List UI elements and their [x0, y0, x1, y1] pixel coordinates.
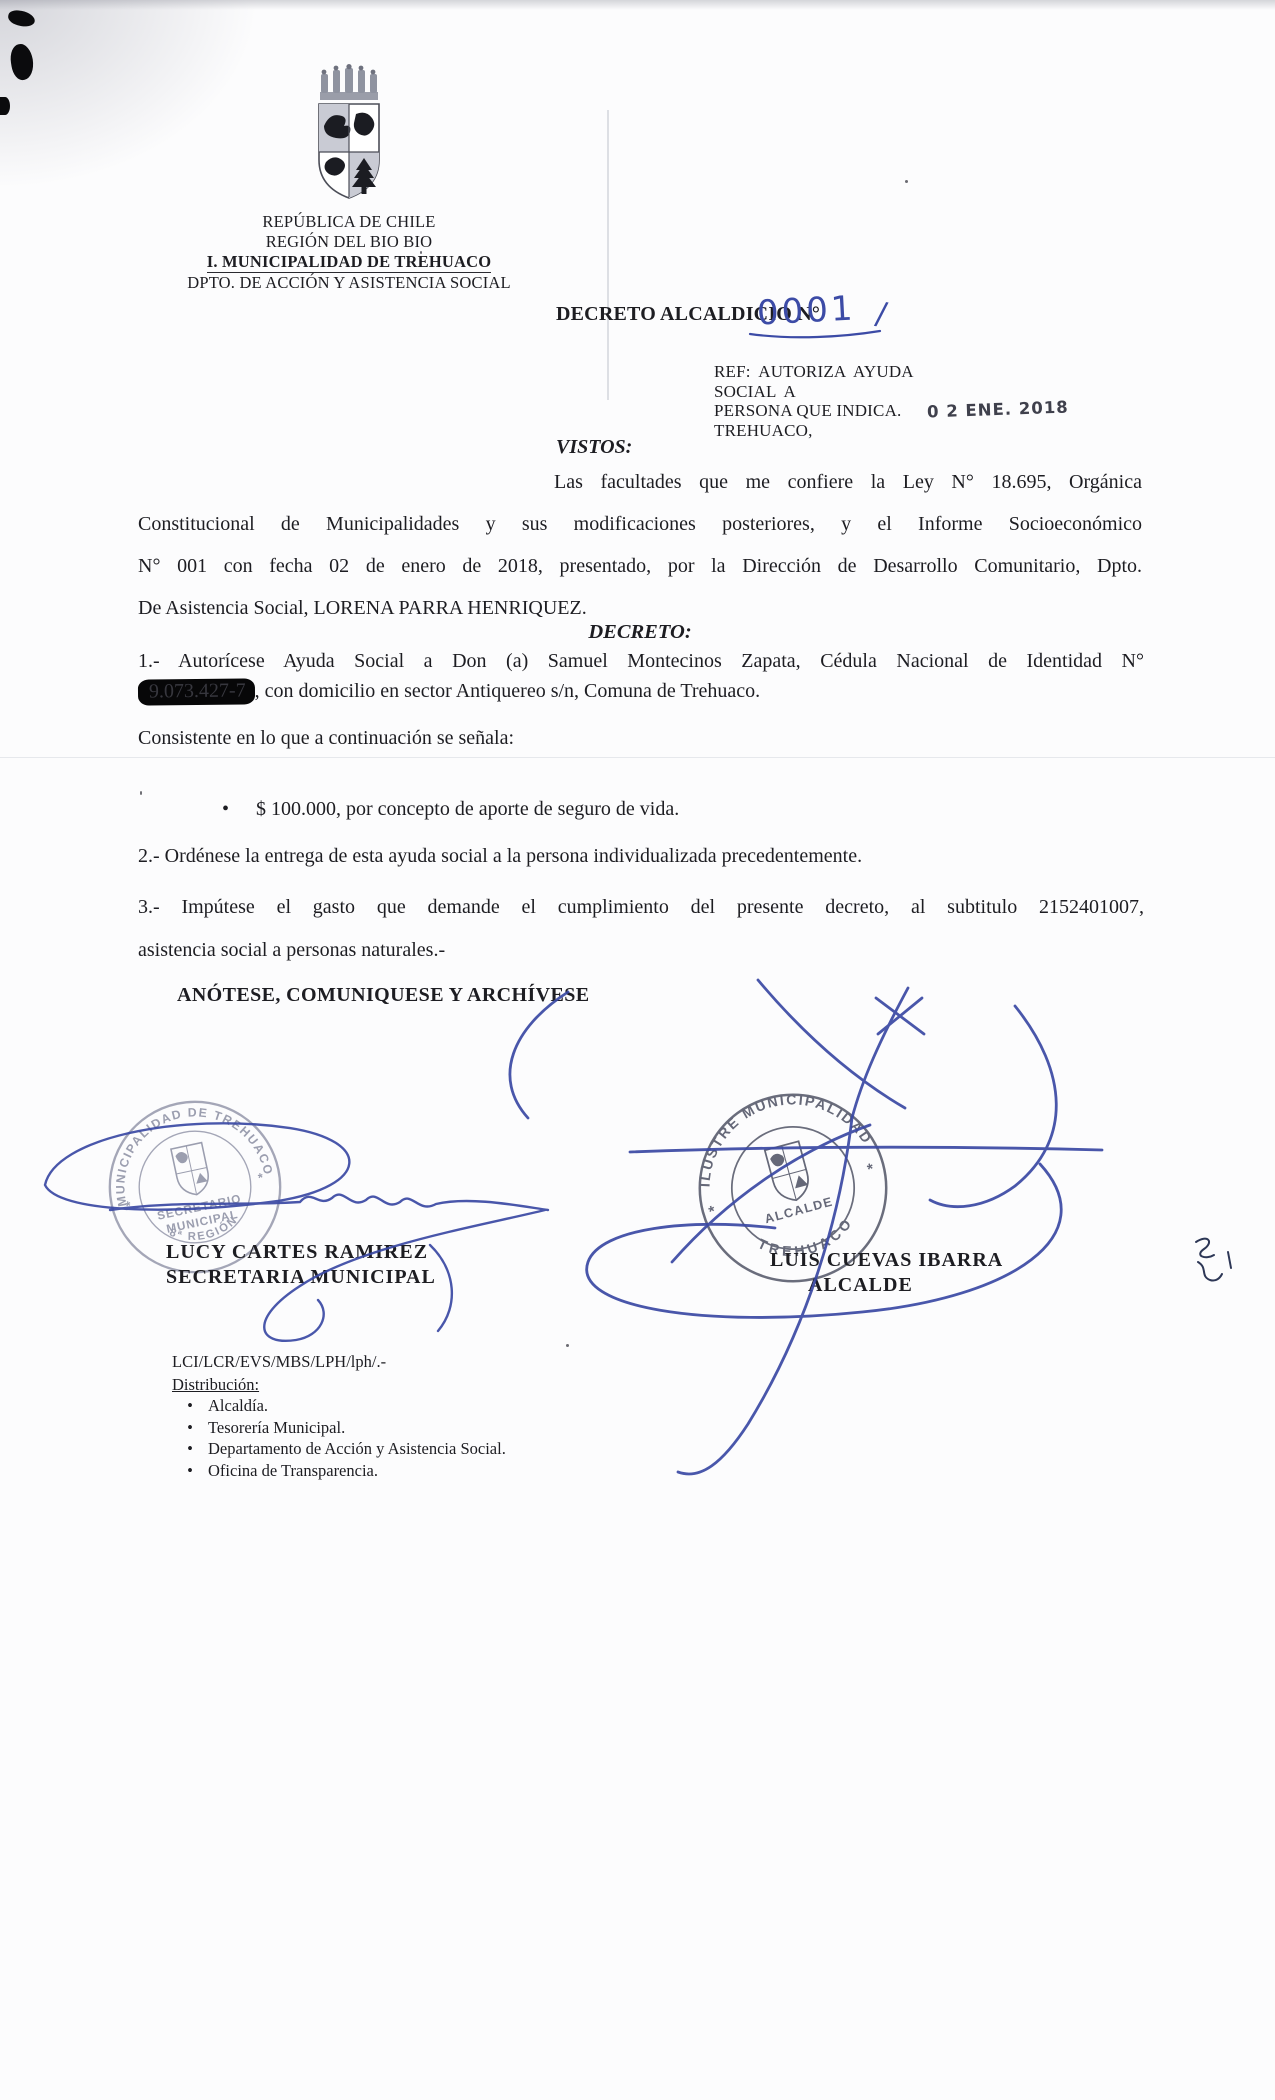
letterhead-municipality: I. MUNICIPALIDAD DE TREHUACO [207, 252, 492, 273]
bullet-marker: • [222, 798, 229, 821]
stamp-left-emblem [171, 1143, 212, 1198]
mayor-name: LUIS CUEVAS IBARRA [770, 1248, 1003, 1273]
scanned-document-page: REPÚBLICA DE CHILE REGIÓN DEL BIO BIO I.… [0, 0, 1275, 2100]
decreto-item1-line1: 1.- Autorícese Ayuda Social a Don (a) Sa… [138, 646, 1144, 676]
distribution-item: •Alcaldía. [172, 1395, 506, 1417]
coat-of-arms [304, 64, 394, 206]
distribution-item-text: Departamento de Acción y Asistencia Soci… [208, 1438, 506, 1460]
vistos-line: N° 001 con fecha 02 de enero de 2018, pr… [138, 545, 1142, 587]
secretary-signature-block: LUCY CARTES RAMIREZ SECRETARIA MUNICIPAL [166, 1240, 436, 1290]
paper-crease-vertical [607, 110, 609, 400]
paper-crease-horizontal [0, 757, 1275, 758]
scan-corner-shadow [0, 0, 260, 190]
consistente-line: Consistente en lo que a continuación se … [138, 727, 514, 750]
distribution-item-text: Oficina de Transparencia. [208, 1460, 378, 1482]
bullet-marker: • [172, 1438, 208, 1460]
scan-speck [566, 1344, 569, 1347]
decreto-item3-line1: 3.- Impútese el gasto que demande el cum… [138, 886, 1144, 929]
distribution-item-text: Tesorería Municipal. [208, 1417, 345, 1439]
scan-speck [140, 791, 142, 795]
stamp-right-star: * [707, 1203, 718, 1221]
svg-text:ILUSTRE MUNICIPALIDAD: ILUSTRE MUNICIPALIDAD [678, 1071, 877, 1192]
stamp-left-star: * [124, 1198, 132, 1214]
decree-number-underline [748, 322, 888, 344]
vistos-paragraph: Las facultades que me confiere la Ley N°… [138, 461, 1142, 629]
stamp-right-emblem [765, 1141, 813, 1204]
letterhead-region: REGIÓN DEL BIO BIO [139, 232, 559, 252]
letterhead-department: DPTO. DE ACCIÓN Y ASISTENCIA SOCIAL [139, 273, 559, 293]
vistos-line: Constitucional de Municipalidades y sus … [138, 503, 1142, 545]
bullet-marker: • [172, 1417, 208, 1439]
stamp-right-arc-top-text: ILUSTRE MUNICIPALIDAD [678, 1071, 877, 1192]
distribution-item: •Tesorería Municipal. [172, 1417, 506, 1439]
decreto-item-2: 2.- Ordénese la entrega de esta ayuda so… [138, 845, 1144, 868]
decreto-item-3: 3.- Impútese el gasto que demande el cum… [138, 886, 1144, 972]
decreto-heading: DECRETO: [138, 621, 1142, 644]
decreto-item-1: 1.- Autorícese Ayuda Social a Don (a) Sa… [138, 646, 1144, 706]
mayor-title: ALCALDE [770, 1273, 1003, 1298]
vistos-heading: VISTOS: [556, 436, 632, 459]
date-received-stamp: 0 2 ENE. 2018 [927, 398, 1069, 422]
distribution-heading: Distribución: [172, 1375, 259, 1395]
ref-line3: TREHUACO, [714, 421, 982, 441]
ref-line1: REF: AUTORIZA AYUDA SOCIAL A [714, 362, 982, 401]
closing-formula: ANÓTESE, COMUNIQUESE Y ARCHÍVESE [177, 984, 590, 1007]
secretary-name: LUCY CARTES RAMIREZ [166, 1240, 436, 1265]
distribution-item-text: Alcaldía. [208, 1395, 268, 1417]
distribution-list: •Alcaldía. •Tesorería Municipal. •Depart… [172, 1395, 506, 1481]
stamp-right-star: * [865, 1160, 876, 1178]
decreto-item1-line2-rest: , con domicilio en sector Antiquereo s/n… [255, 680, 760, 702]
distribution-item: •Oficina de Transparencia. [172, 1460, 506, 1482]
bullet-marker: • [172, 1395, 208, 1417]
mayor-signature-block: LUIS CUEVAS IBARRA ALCALDE [770, 1248, 1003, 1298]
vistos-line: Las facultades que me confiere la Ley N°… [138, 461, 1142, 503]
aid-amount-item: $ 100.000, por concepto de aporte de seg… [256, 798, 679, 821]
decreto-item1-line2: 9.073.427-7, con domicilio en sector Ant… [138, 676, 1144, 706]
margin-scribble [1196, 1239, 1231, 1281]
letterhead: REPÚBLICA DE CHILE REGIÓN DEL BIO BIO I.… [139, 212, 559, 293]
bullet-marker: • [172, 1460, 208, 1482]
decreto-item3-line2: asistencia social a personas naturales.- [138, 929, 1144, 972]
scan-artifact [0, 97, 10, 115]
stamp-right-title: ALCALDE [763, 1195, 835, 1227]
distribution-item: •Departamento de Acción y Asistencia Soc… [172, 1438, 506, 1460]
redacted-id-number: 9.073.427-7 [138, 678, 255, 705]
responsibility-initials: LCI/LCR/EVS/MBS/LPH/lph/.- [172, 1352, 386, 1372]
scan-speck [905, 180, 908, 183]
secretary-title: SECRETARIA MUNICIPAL [166, 1265, 436, 1290]
letterhead-country: REPÚBLICA DE CHILE [139, 212, 559, 232]
